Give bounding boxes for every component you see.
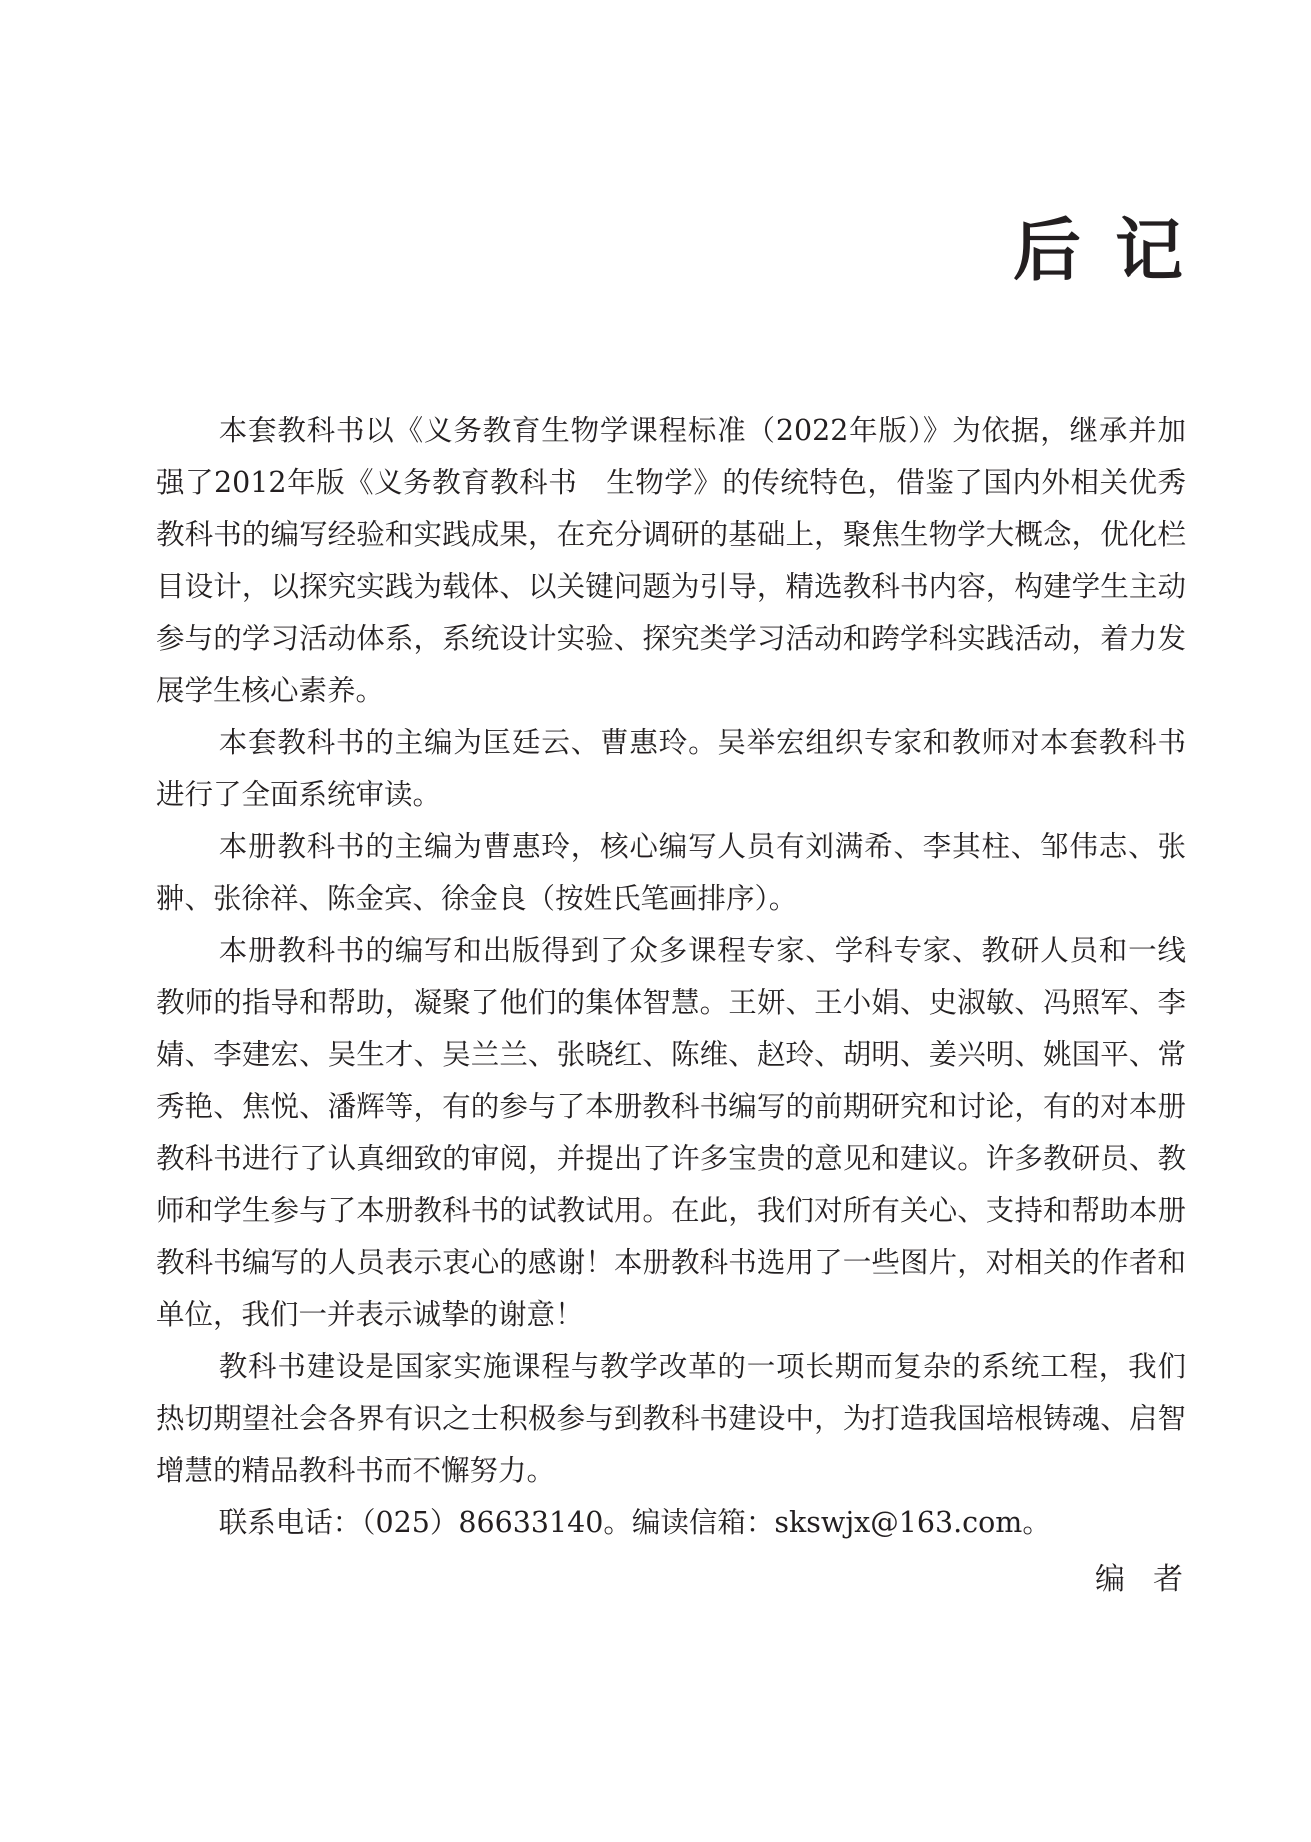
paragraph-contact-info: 联系电话：（025）86633140。编读信箱：skswjx@163.com。 (156, 1497, 1186, 1549)
paragraph-curriculum-basis: 本套教科书以《义务教育生物学课程标准（2022年版）》为依据，继承并加强了201… (156, 405, 1186, 717)
paragraph-acknowledgements: 本册教科书的编写和出版得到了众多课程专家、学科专家、教研人员和一线教师的指导和帮… (156, 925, 1186, 1341)
signature-editors: 编者 (1095, 1555, 1211, 1605)
afterword-body: 本套教科书以《义务教育生物学课程标准（2022年版）》为依据，继承并加强了201… (156, 405, 1186, 1549)
paragraph-volume-editors: 本册教科书的主编为曹惠玲，核心编写人员有刘满希、李其柱、邹伟志、张翀、张徐祥、陈… (156, 821, 1186, 925)
paragraph-textbook-construction: 教科书建设是国家实施课程与教学改革的一项长期而复杂的系统工程，我们热切期望社会各… (156, 1341, 1186, 1497)
paragraph-series-editors: 本套教科书的主编为匡廷云、曹惠玲。吴举宏组织专家和教师对本套教科书进行了全面系统… (156, 717, 1186, 821)
page-title: 后记 (1013, 206, 1217, 296)
